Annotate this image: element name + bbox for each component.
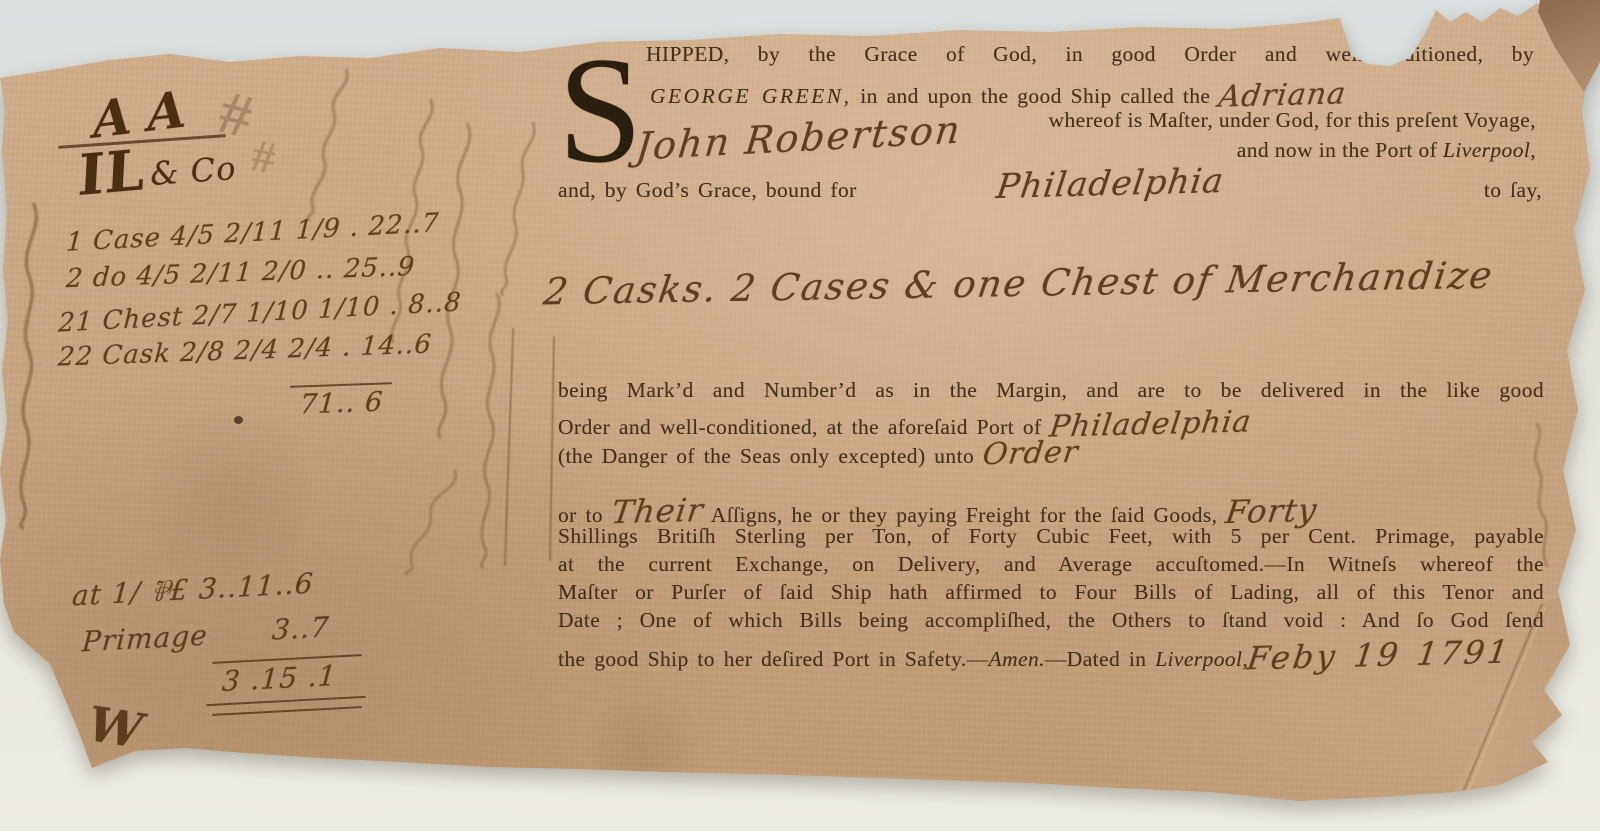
paper-stain [580, 690, 710, 800]
grand-total: 3 .15 .1 [221, 659, 338, 698]
para3-line-4: Maſter or Purſer of ſaid Ship hath affir… [558, 580, 1544, 605]
freight-rate-line: at 1/ ⅌£ 3..11..6 [71, 564, 315, 615]
shipper-name: GEORGE GREEN, [650, 84, 852, 108]
para2-line-3-pre: (the Danger of the Seas only excepted) u… [558, 444, 983, 468]
photo-of-document: AA # # IL & Co 1 Case 4/5 2/11 1/9 . 22.… [0, 0, 1600, 831]
para3-line-6-pre: the good Ship to her deſired Port in Saf… [558, 647, 989, 671]
port-liverpool: Liverpool, [1443, 138, 1536, 162]
paper-shadow-wrap: AA # # IL & Co 1 Case 4/5 2/11 1/9 . 22.… [0, 0, 1600, 831]
header-line-4-pre: and now in the Port of [1237, 138, 1443, 162]
margin-figure-line: 2 do 4/5 2/11 2/0 .. 25..9 [65, 252, 416, 294]
bound-for-handwritten: Philadelphia [994, 161, 1227, 207]
para3-line-6-mid: —Dated in [1045, 647, 1155, 671]
para2-order-handwritten: Order [980, 435, 1080, 472]
double-rule-2 [212, 706, 362, 716]
merchant-mark-bottom: W [79, 697, 152, 759]
margin-figure-line: 22 Cask 2/8 2/4 2/4 . 14..6 [57, 329, 433, 372]
header-line-4: and now in the Port of Liverpool, [646, 138, 1536, 163]
margin-figure-line: 1 Case 4/5 2/11 1/9 . 22..7 [65, 208, 440, 258]
ink-dot [234, 416, 243, 424]
header-line-5-pre: and, by God’s Grace, bound for [558, 178, 857, 203]
date-handwritten: Feby 19 1791 [1245, 633, 1513, 678]
bleedthrough-script [289, 62, 367, 227]
primage-label: Primage [81, 619, 209, 659]
bleedthrough-rule [549, 336, 554, 561]
margin-total: 71.. 6 [299, 386, 384, 420]
merchant-mark-co: & Co [149, 149, 238, 193]
para2-line-3: (the Danger of the Seas only excepted) u… [558, 436, 1078, 471]
to-say: to ſay, [1484, 178, 1542, 203]
dated-place-italic: Liverpool, [1155, 647, 1248, 671]
merchant-mark-monogram: IL [76, 137, 147, 209]
bill-of-lading-paper: AA # # IL & Co 1 Case 4/5 2/11 1/9 . 22.… [0, 0, 1600, 831]
header-line-2: GEORGE GREEN, in and upon the good Ship … [650, 76, 1346, 111]
para3-line-3: at the current Exchange, on Delivery, an… [558, 552, 1544, 577]
bleed-hash-mark: # [248, 128, 280, 184]
header-line-2-rest: in and upon the good Ship called the [852, 84, 1220, 108]
amen-italic: Amen. [989, 647, 1045, 671]
paper-stain [590, 750, 680, 820]
para2-line-1: being Mark’d and Number’d as in the Marg… [558, 378, 1544, 403]
header-line-1: HIPPED, by the Grace of God, in good Ord… [646, 42, 1534, 67]
para3-line-2: Shillings Britiſh Sterling per Ton, of F… [558, 524, 1544, 549]
para3-line-6: the good Ship to her deſired Port in Saf… [558, 636, 1511, 674]
bleedthrough-script [0, 199, 55, 530]
bleedthrough-script [485, 116, 552, 300]
para3-line-5: Date ; One of which Bills being accompli… [558, 608, 1544, 633]
bleed-hash-mark: # [212, 77, 259, 153]
primage-amount: 3..7 [271, 610, 331, 646]
cargo-description-handwritten: 2 Casks. 2 Cases & one Chest of Merchand… [541, 254, 1496, 314]
header-line-5: and, by God’s Grace, bound for Philadelp… [558, 166, 1542, 206]
dropcap-S: S [558, 34, 643, 186]
